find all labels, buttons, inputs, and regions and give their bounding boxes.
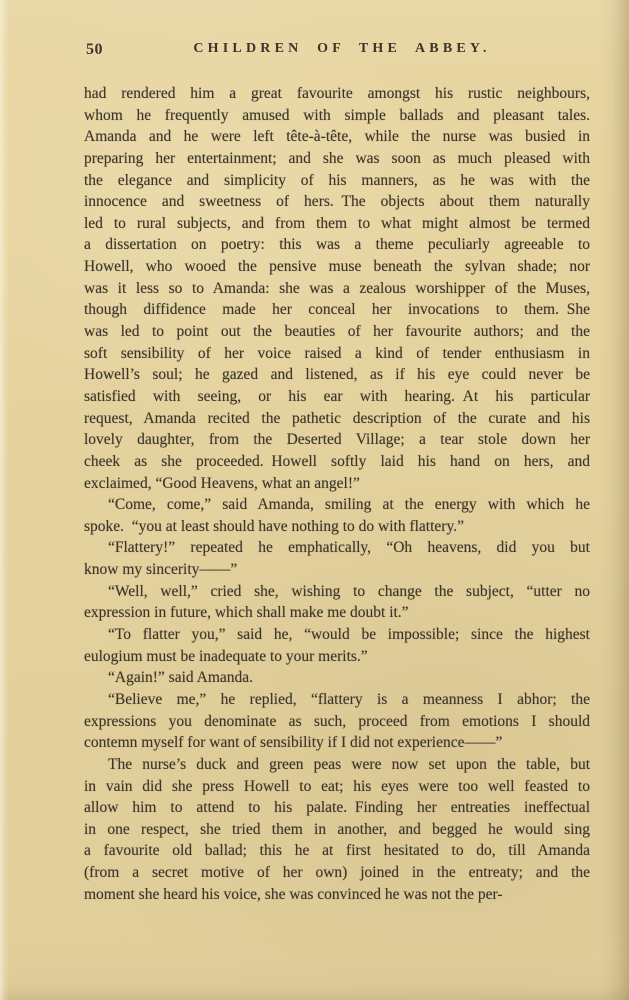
text-line: “Believe me,” he replied, “flattery is a… <box>84 689 590 711</box>
text-line: soft sensibility of her voice raised a k… <box>84 343 590 365</box>
page-header: 50 CHILDREN OF THE ABBEY. <box>84 41 590 59</box>
text-line: expressions you denominate as such, proc… <box>84 711 590 733</box>
text-line: led to rural subjects, and from them to … <box>84 213 590 235</box>
paragraph: The nurse’s duck and green peas were now… <box>84 754 590 905</box>
running-title: CHILDREN OF THE ABBEY. <box>84 41 590 57</box>
text-line: had rendered him a great favourite among… <box>84 83 590 105</box>
text-line: “Well, well,” cried she, wishing to chan… <box>84 581 590 603</box>
page-body: had rendered him a great favourite among… <box>84 83 590 905</box>
text-line: (from a secret motive of her own) joined… <box>84 862 590 884</box>
text-line: request, Amanda recited the pathetic des… <box>84 408 590 430</box>
text-line: a favourite old ballad; this he at first… <box>84 840 590 862</box>
text-line: spoke. “you at least should have nothing… <box>84 516 590 538</box>
text-line: Amanda and he were left tête-à-tête, whi… <box>84 126 590 148</box>
text-line: the elegance and simplicity of his manne… <box>84 170 590 192</box>
paragraph: “Well, well,” cried she, wishing to chan… <box>84 581 590 624</box>
text-line: expression in future, which shall make m… <box>84 602 590 624</box>
text-line: Howell’s soul; he gazed and listened, as… <box>84 364 590 386</box>
text-line: moment she heard his voice, she was conv… <box>84 884 590 906</box>
text-line: was it less so to Amanda: she was a zeal… <box>84 278 590 300</box>
text-line: lovely daughter, from the Deserted Villa… <box>84 429 590 451</box>
paragraph: “Flattery!” repeated he emphatically, “O… <box>84 537 590 580</box>
text-line: cheek as she proceeded. Howell softly la… <box>84 451 590 473</box>
text-line: Howell, who wooed the pensive muse benea… <box>84 256 590 278</box>
text-line: satisfied with seeing, or his ear with h… <box>84 386 590 408</box>
paragraph: “To flatter you,” said he, “would be imp… <box>84 624 590 667</box>
text-line: was led to point out the beauties of her… <box>84 321 590 343</box>
paragraph: “Again!” said Amanda. <box>84 667 590 689</box>
text-line: “Flattery!” repeated he emphatically, “O… <box>84 537 590 559</box>
text-line: exclaimed, “Good Heavens, what an angel!… <box>84 473 590 495</box>
text-line: allow him to attend to his palate. Findi… <box>84 797 590 819</box>
paragraph: had rendered him a great favourite among… <box>84 83 590 494</box>
text-line: “Come, come,” said Amanda, smiling at th… <box>84 494 590 516</box>
page-number: 50 <box>86 41 103 59</box>
text-line: innocence and sweetness of hers. The obj… <box>84 191 590 213</box>
text-line: “Again!” said Amanda. <box>84 667 590 689</box>
text-line: whom he frequently amused with simple ba… <box>84 105 590 127</box>
text-line: “To flatter you,” said he, “would be imp… <box>84 624 590 646</box>
text-line: in vain did she press Howell to eat; his… <box>84 776 590 798</box>
text-line: in one respect, she tried them in anothe… <box>84 819 590 841</box>
paragraph: “Come, come,” said Amanda, smiling at th… <box>84 494 590 537</box>
text-line: though diffidence made her conceal her i… <box>84 299 590 321</box>
text-line: a dissertation on poetry: this was a the… <box>84 234 590 256</box>
text-line: contemn myself for want of sensibility i… <box>84 732 590 754</box>
paragraph: “Believe me,” he replied, “flattery is a… <box>84 689 590 754</box>
text-line: know my sincerity——” <box>84 559 590 581</box>
text-line: preparing her entertainment; and she was… <box>84 148 590 170</box>
text-line: The nurse’s duck and green peas were now… <box>84 754 590 776</box>
book-page-scan: 50 CHILDREN OF THE ABBEY. had rendered h… <box>0 0 629 1000</box>
text-line: eulogium must be inadequate to your meri… <box>84 646 590 668</box>
